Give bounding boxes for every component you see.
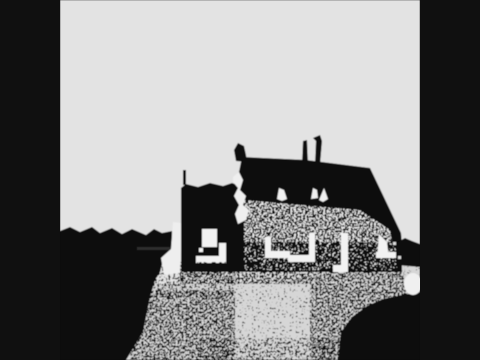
spark-dot-2 — [398, 256, 401, 259]
window-2-jamb — [309, 233, 315, 262]
letterbox-right — [420, 0, 480, 360]
video-frame[interactable] — [0, 0, 480, 360]
window-1-sill — [265, 251, 290, 258]
chimney-1 — [302, 140, 308, 165]
album-art-image — [60, 0, 420, 360]
bush-halo — [310, 284, 420, 360]
wing-window — [202, 229, 217, 247]
wing-pole — [183, 170, 186, 185]
hedge-rail-line — [137, 247, 170, 250]
wing-white-dot — [199, 248, 203, 252]
window-3-foot — [333, 265, 347, 272]
spark-dot-1 — [393, 242, 396, 245]
under-house-band — [180, 272, 404, 284]
wing-sill-v — [219, 243, 226, 263]
window-1-jamb — [265, 237, 271, 253]
letterbox-left — [0, 0, 60, 360]
